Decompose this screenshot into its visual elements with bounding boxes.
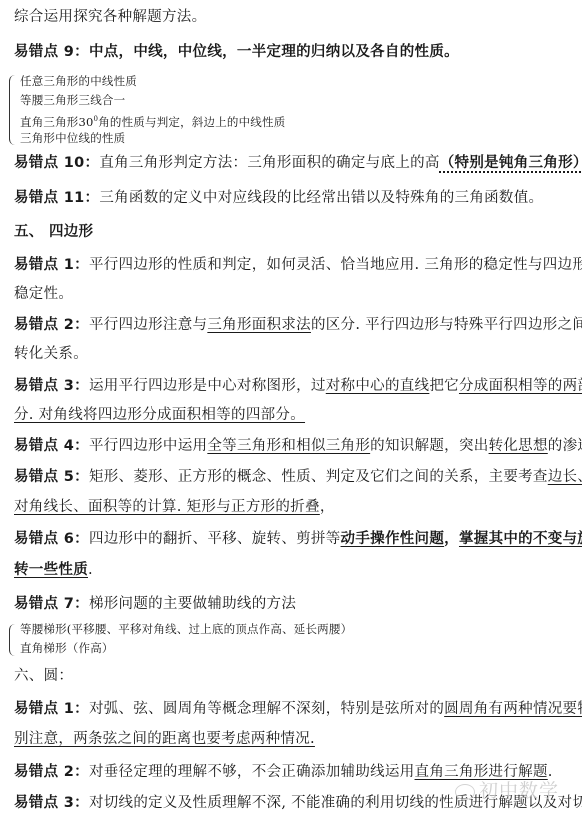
point-label: 易错点 1： [14, 701, 89, 717]
point-text: ， [444, 531, 459, 547]
point-text: 的渗透. [548, 438, 582, 454]
watermark-text: 初中数学 [479, 780, 559, 802]
left-brace [9, 624, 16, 656]
quad-point-4: 易错点 4：平行四边形中运用全等三角形和相似三角形的知识解题，突出转化思想的渗透… [14, 437, 582, 455]
point-text: 平行四边形注意与 [89, 317, 207, 333]
underlined-text: 圆周角有两种情况要特 [444, 701, 582, 717]
quad-point-3-cont: 分. 对角线将四边形分成面积相等的四部分。 [14, 406, 305, 424]
point-text: 中点，中线，中位线，一半定理的归纳以及各自的性质。 [89, 44, 459, 60]
point-text: . [88, 562, 93, 578]
wechat-icon [455, 784, 475, 800]
document-page: 综合运用探究各种解题方法。 易错点 9：中点，中线，中位线，一半定理的归纳以及各… [0, 0, 582, 820]
quad-point-7: 易错点 7：梯形问题的主要做辅助线的方法 [14, 595, 296, 613]
brace-item: 任意三角形的中线性质 [20, 72, 137, 90]
point-label: 易错点 2： [14, 317, 89, 333]
point-label: 易错点 10： [14, 155, 99, 171]
quad-point-1-cont: 稳定性。 [14, 285, 73, 303]
quad-point-2-cont: 转化关系。 [14, 345, 88, 363]
emphasis-text: （特别是钝角三角形） [440, 155, 582, 171]
point-text: 矩形、菱形、正方形的概念、性质、判定及它们之间的关系，主要考查 [89, 469, 548, 485]
underlined-text: 三角形面积求法 [207, 317, 311, 333]
point-label: 易错点 2： [14, 764, 89, 780]
left-brace [9, 75, 16, 145]
point-label: 易错点 1： [14, 257, 89, 273]
circle-point-1-cont: 别注意，两条弦之间的距离也要考虑两种情况. [14, 730, 315, 748]
underlined-text: 全等三角形和相似三角形 [207, 438, 370, 454]
underlined-text: 掌握其中的不变与旋 [459, 531, 582, 547]
point-label: 易错点 3： [14, 795, 89, 811]
underlined-text: 分. 对角线将四边形分成面积相等的四部分。 [14, 407, 305, 423]
brace-item: 直角三角形300角的性质与判定，斜边上的中线性质 [20, 110, 285, 131]
point-text: 平行四边形的性质和判定，如何灵活、恰当地应用. 三角形的稳定性与四边形不 [89, 257, 582, 273]
quad-point-2: 易错点 2：平行四边形注意与三角形面积求法的区分. 平行四边形与特殊平行四边形之… [14, 316, 582, 334]
brace-item: 等腰三角形三线合一 [20, 91, 125, 109]
point-label: 易错点 9： [14, 44, 89, 60]
point-label: 易错点 6： [14, 531, 89, 547]
quad-point-6: 易错点 6：四边形中的翻折、平移、旋转、剪拼等动手操作性问题，掌握其中的不变与旋 [14, 530, 582, 548]
quad-point-6-cont: 转一些性质. [14, 561, 93, 579]
underlined-text: 分成面积相等的两部 [459, 378, 582, 394]
section-heading-circle: 六、圆： [14, 667, 73, 685]
point-text: 四边形中的翻折、平移、旋转、剪拼等 [89, 531, 341, 547]
underlined-text: 对角线长、面积等的计算. 矩形与正方形的折叠 [14, 499, 320, 515]
point-text: 把它 [429, 378, 459, 394]
point-label: 易错点 4： [14, 438, 89, 454]
point-label: 易错点 3： [14, 378, 89, 394]
point-11: 易错点 11：三角函数的定义中对应线段的比经常出错以及特殊角的三角函数值。 [14, 189, 543, 207]
intro-line: 综合运用探究各种解题方法。 [14, 8, 206, 26]
underlined-text: 对称中心的直线 [326, 378, 430, 394]
point-text: 梯形问题的主要做辅助线的方法 [89, 596, 296, 612]
point-label: 易错点 5： [14, 469, 89, 485]
point-text: 三角函数的定义中对应线段的比经常出错以及特殊角的三角函数值。 [99, 190, 543, 206]
quad-point-3: 易错点 3：运用平行四边形是中心对称图形，过对称中心的直线把它分成面积相等的两部 [14, 377, 582, 395]
point-text: 对垂径定理的理解不够，不会正确添加辅助线运用 [89, 764, 415, 780]
point-text: 平行四边形中运用 [89, 438, 207, 454]
point-10: 易错点 10：直角三角形判定方法：三角形面积的确定与底上的高（特别是钝角三角形） [14, 154, 582, 172]
point-text: 的知识解题，突出 [370, 438, 488, 454]
underlined-text: 转一些性质 [14, 562, 88, 578]
brace-item: 直角梯形（作高） [20, 639, 114, 657]
point-9: 易错点 9：中点，中线，中位线，一半定理的归纳以及各自的性质。 [14, 43, 459, 61]
underlined-text: 动手操作性问题 [341, 531, 445, 547]
section-heading-quadrilateral: 五、 四边形 [14, 223, 93, 241]
point-text: 直角三角形判定方法：三角形面积的确定与底上的高 [99, 155, 439, 171]
brace-item: 等腰梯形(平移腰、平移对角线、过上底的顶点作高、延长两腰） [20, 620, 352, 638]
point-text: 的区分. 平行四边形与特殊平行四边形之间的 [311, 317, 582, 333]
underlined-text: 别注意，两条弦之间的距离也要考虑两种情况. [14, 731, 315, 747]
quad-point-1: 易错点 1：平行四边形的性质和判定，如何灵活、恰当地应用. 三角形的稳定性与四边… [14, 256, 582, 274]
circle-point-1: 易错点 1：对弧、弦、圆周角等概念理解不深刻，特别是弦所对的圆周角有两种情况要特 [14, 700, 582, 718]
point-label: 易错点 7： [14, 596, 89, 612]
point-label: 易错点 11： [14, 190, 99, 206]
point-text: 对弧、弦、圆周角等概念理解不深刻，特别是弦所对的 [89, 701, 444, 717]
underlined-text: 转化思想 [489, 438, 548, 454]
quad-point-5-cont: 对角线长、面积等的计算. 矩形与正方形的折叠， [14, 498, 335, 516]
point-text: ， [320, 499, 335, 515]
quad-point-5: 易错点 5：矩形、菱形、正方形的概念、性质、判定及它们之间的关系，主要考查边长、 [14, 468, 582, 486]
point-text: 运用平行四边形是中心对称图形，过 [89, 378, 326, 394]
brace-item: 三角形中位线的性质 [20, 129, 125, 147]
underlined-text: 边长、 [548, 469, 582, 485]
watermark: 初中数学 [455, 776, 559, 803]
